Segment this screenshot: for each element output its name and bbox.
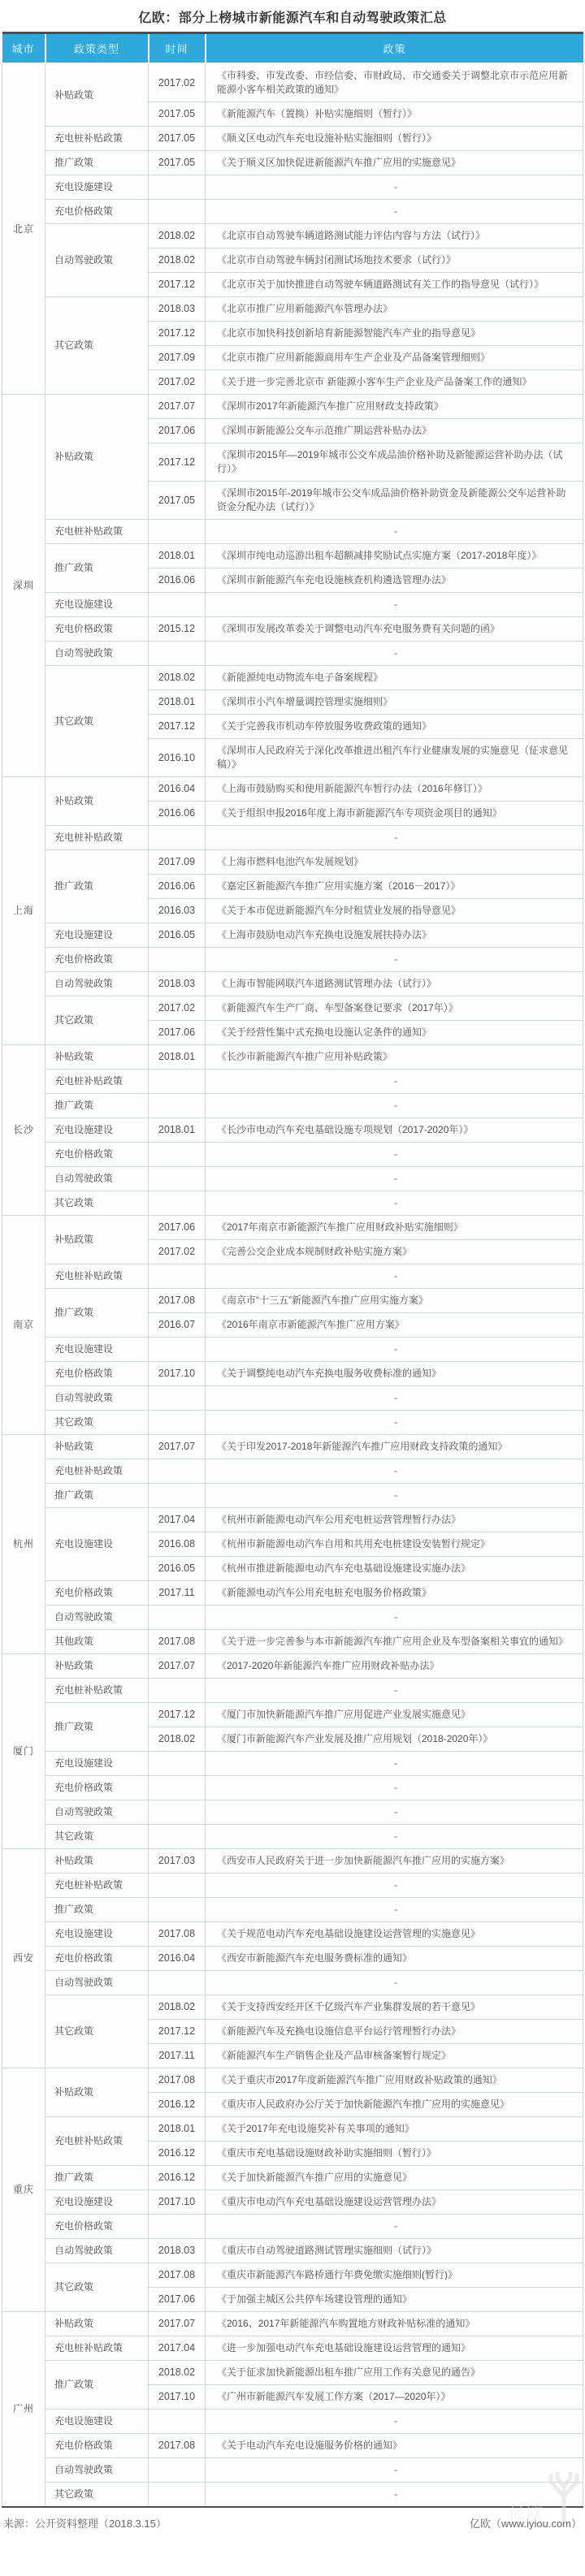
- date-cell: 2017.10: [149, 2385, 206, 2410]
- policy-type-cell: 充电设施建设: [45, 923, 149, 948]
- policy-cell: -: [206, 1484, 583, 1508]
- policy-cell: 《厦门市新能源汽车产业发展及推广应用规划（2018-2020年）》: [206, 1727, 583, 1752]
- policy-cell: 《关于本市促进新能源汽车分时租赁业发展的指导意见》: [206, 899, 583, 923]
- date-cell: 2017.06: [149, 419, 206, 443]
- date-cell: [149, 175, 206, 200]
- date-cell: 2017.04: [149, 2336, 206, 2361]
- policy-cell: 《深圳市小汽车增量调控管理实施细则》: [206, 690, 583, 715]
- date-cell: 2018.02: [149, 1727, 206, 1752]
- table-row: 其它政策2018.02《新能源纯电动物流车电子备案规程》: [2, 666, 583, 690]
- date-cell: [149, 1411, 206, 1435]
- date-cell: [149, 2458, 206, 2483]
- policy-cell: 《新能源纯电动物流车电子备案规程》: [206, 666, 583, 690]
- policy-cell: 《深圳市新能源公交车示范推广期运营补贴办法》: [206, 419, 583, 443]
- table-row: 南京补贴政策2017.06《2017年南京市新能源汽车推广应用财政补贴实施细则》: [2, 1216, 583, 1240]
- table-row: 充电设施建设-: [2, 1752, 583, 1776]
- policy-type-cell: 推广政策: [45, 2361, 149, 2410]
- table-row: 充电桩补贴政策2018.01《关于2017年充电设施奖补有关事项的通知》: [2, 2117, 583, 2142]
- date-cell: 2017.10: [149, 1362, 206, 1386]
- policy-type-cell: 自动驾驶政策: [45, 2458, 149, 2483]
- date-cell: [149, 2483, 206, 2508]
- policy-cell: 《西安市人民政府关于进一步加快新能源汽车推广应用的实施方案》: [206, 1849, 583, 1874]
- policy-cell: 《关于重庆市2017年度新能源汽车推广应用财政补贴政策的通知》: [206, 2068, 583, 2093]
- table-row: 自动驾驶政策2018.03《上海市智能网联汽车道路测试管理办法（试行）》: [2, 972, 583, 996]
- policy-cell: 《北京市推广应用新能源汽车管理办法》: [206, 297, 583, 322]
- policy-cell: 《上海市智能网联汽车道路测试管理办法（试行）》: [206, 972, 583, 996]
- policy-cell: 《上海市燃料电池汽车发展规划》: [206, 850, 583, 875]
- policy-cell: 《深圳市发展改革委关于调整电动汽车充电服务费有关问题的函》: [206, 617, 583, 642]
- policy-type-cell: 充电价格政策: [45, 2215, 149, 2239]
- table-row: 推广政策-: [2, 1484, 583, 1508]
- table-row: 充电价格政策-: [2, 948, 583, 972]
- policy-cell: 《深圳市2015年—2019年城市公交车成品油价格补助及新能源运营补助办法（试行…: [206, 443, 583, 482]
- policy-cell: 《关于进一步完善参与本市新能源汽车推广应用企业及车型备案相关事宜的通知》: [206, 1630, 583, 1654]
- date-cell: 2017.05: [149, 102, 206, 127]
- date-cell: [149, 1606, 206, 1630]
- date-cell: 2017.05: [149, 482, 206, 520]
- policy-cell: 《2016年南京市新能源汽车推广应用方案》: [206, 1313, 583, 1338]
- policy-cell: 《长沙市电动汽车充电基础设施专项规划（2017-2020年）》: [206, 1118, 583, 1143]
- city-cell: 北京: [2, 63, 45, 395]
- date-cell: 2017.04: [149, 1508, 206, 1532]
- date-cell: 2018.02: [149, 249, 206, 273]
- infographic-page: 亿欧：部分上榜城市新能源汽车和自动驾驶政策汇总 城市 政策类型 时间 政策 北京…: [0, 0, 585, 2537]
- date-cell: 2017.06: [149, 1021, 206, 1045]
- table-row: 自动驾驶政策-: [2, 1606, 583, 1630]
- date-cell: [149, 200, 206, 224]
- policy-cell: -: [206, 175, 583, 200]
- date-cell: [149, 1898, 206, 1922]
- table-row: 西安补贴政策2017.03《西安市人民政府关于进一步加快新能源汽车推广应用的实施…: [2, 1849, 583, 1874]
- policy-cell: -: [206, 1143, 583, 1167]
- policy-cell: -: [206, 1898, 583, 1922]
- date-cell: 2016.06: [149, 875, 206, 899]
- table-row: 推广政策2018.01《深圳市纯电动巡游出租车超额减排奖励试点实施方案（2017…: [2, 544, 583, 568]
- policy-type-cell: 充电价格政策: [45, 200, 149, 224]
- policy-cell: -: [206, 1338, 583, 1362]
- table-row: 充电桩补贴政策-: [2, 520, 583, 544]
- date-cell: 2017.08: [149, 1289, 206, 1313]
- date-cell: 2017.06: [149, 2288, 206, 2312]
- policy-type-cell: 充电桩补贴政策: [45, 520, 149, 544]
- table-row: 充电设施建设-: [2, 593, 583, 617]
- policy-type-cell: 充电桩补贴政策: [45, 1264, 149, 1289]
- table-row: 充电桩补贴政策-: [2, 1874, 583, 1898]
- policy-type-cell: 补贴政策: [45, 1849, 149, 1874]
- policy-type-cell: 其它政策: [45, 1191, 149, 1216]
- policy-type-cell: 充电价格政策: [45, 1362, 149, 1386]
- table-row: 充电设施建设-: [2, 2410, 583, 2434]
- table-row: 充电价格政策-: [2, 1776, 583, 1800]
- table-row: 充电桩补贴政策2017.05《顺义区电动汽车充电设施补贴实施细则（暂行）》: [2, 127, 583, 151]
- policy-type-cell: 补贴政策: [45, 1045, 149, 1070]
- date-cell: 2018.02: [149, 666, 206, 690]
- table-row: 自动驾驶政策2018.02《北京市自动驾驶车辆道路测试能力评估内容与方法（试行）…: [2, 224, 583, 249]
- table-row: 其它政策-: [2, 1411, 583, 1435]
- table-row: 其它政策-: [2, 1191, 583, 1216]
- table-row: 其他政策2017.08《关于进一步完善参与本市新能源汽车推广应用企业及车型备案相…: [2, 1630, 583, 1654]
- policy-type-cell: 充电设施建设: [45, 2410, 149, 2434]
- date-cell: 2016.10: [149, 739, 206, 777]
- source-note: 来源：公开资料整理（2018.3.15）: [3, 2515, 167, 2531]
- policy-type-cell: 补贴政策: [45, 1654, 149, 1679]
- date-cell: 2017.02: [149, 63, 206, 102]
- column-header-policy: 政策: [206, 33, 583, 64]
- policy-type-cell: 推广政策: [45, 151, 149, 175]
- policy-type-cell: 充电价格政策: [45, 617, 149, 642]
- policy-type-cell: 推广政策: [45, 1094, 149, 1118]
- table-row: 推广政策2016.12《关于加快新能源汽车推广应用的实施意见》: [2, 2166, 583, 2190]
- table-row: 其它政策-: [2, 2483, 583, 2508]
- table-row: 自动驾驶政策-: [2, 642, 583, 666]
- date-cell: 2016.06: [149, 802, 206, 826]
- table-row: 推广政策2017.05《关于顺义区加快促进新能源汽车推广应用的实施意见》: [2, 151, 583, 175]
- policy-cell: -: [206, 1679, 583, 1703]
- policy-cell: 《2017-2020年新能源汽车推广应用财政补贴办法》: [206, 1654, 583, 1679]
- policy-cell: -: [206, 1167, 583, 1191]
- table-row: 充电桩补贴政策-: [2, 1459, 583, 1484]
- policy-type-cell: 补贴政策: [45, 2312, 149, 2336]
- policy-cell: -: [206, 593, 583, 617]
- policy-cell: 《市科委、市发改委、市经信委、市财政局、市交通委关于调整北京市示范应用新能源小客…: [206, 63, 583, 102]
- date-cell: 2016.04: [149, 777, 206, 802]
- policy-cell: -: [206, 642, 583, 666]
- policy-type-cell: 推广政策: [45, 544, 149, 593]
- date-cell: 2017.12: [149, 322, 206, 346]
- policy-type-cell: 充电桩补贴政策: [45, 826, 149, 850]
- date-cell: [149, 1338, 206, 1362]
- policy-type-cell: 补贴政策: [45, 395, 149, 520]
- date-cell: [149, 1484, 206, 1508]
- policy-type-cell: 充电设施建设: [45, 1752, 149, 1776]
- policy-type-cell: 充电桩补贴政策: [45, 1874, 149, 1898]
- date-cell: 2017.12: [149, 273, 206, 297]
- date-cell: [149, 593, 206, 617]
- policy-type-cell: 充电设施建设: [45, 1338, 149, 1362]
- table-row: 其它政策2017.08《重庆市新能源汽车路桥通行年费免缴实施细则(暂行)》: [2, 2263, 583, 2288]
- policy-cell: 《广州市新能源汽车发展工作方案（2017—2020年）》: [206, 2385, 583, 2410]
- policy-type-cell: 其它政策: [45, 1411, 149, 1435]
- date-cell: 2017.03: [149, 1849, 206, 1874]
- date-cell: 2017.07: [149, 2312, 206, 2336]
- policy-cell: 《关于印发2017-2018年新能源汽车推广应用财政支持政策的通知》: [206, 1435, 583, 1459]
- table-row: 广州补贴政策2017.07《2016、2017年新能源汽车购置地方财政补贴标准的…: [2, 2312, 583, 2336]
- policy-cell: 《2017年南京市新能源汽车推广应用财政补贴实施细则》: [206, 1216, 583, 1240]
- policy-type-cell: 充电价格政策: [45, 1581, 149, 1606]
- policy-cell: 《长沙市新能源汽车推广应用补贴政策》: [206, 1045, 583, 1070]
- table-row: 充电桩补贴政策2017.04《进一步加强电动汽车充电基础设施建设运营管理的通知》: [2, 2336, 583, 2361]
- city-cell: 厦门: [2, 1654, 45, 1849]
- date-cell: [149, 1167, 206, 1191]
- policy-type-cell: 推广政策: [45, 1898, 149, 1922]
- policy-type-cell: 自动驾驶政策: [45, 1167, 149, 1191]
- policy-cell: -: [206, 1264, 583, 1289]
- date-cell: 2017.05: [149, 151, 206, 175]
- date-cell: 2018.02: [149, 2361, 206, 2385]
- table-row: 充电设施建设-: [2, 175, 583, 200]
- policy-type-cell: 自动驾驶政策: [45, 1971, 149, 1995]
- table-row: 其它政策2018.02《关于支持西安经开区千亿级汽车产业集群发展的若干意见》: [2, 1995, 583, 2020]
- date-cell: [149, 520, 206, 544]
- table-row: 充电桩补贴政策-: [2, 1679, 583, 1703]
- date-cell: 2018.02: [149, 224, 206, 249]
- date-cell: 2018.03: [149, 972, 206, 996]
- policy-type-cell: 推广政策: [45, 1289, 149, 1338]
- policy-type-cell: 其它政策: [45, 996, 149, 1045]
- table-row: 充电价格政策2017.10《关于调整纯电动汽车充换电服务收费标准的通知》: [2, 1362, 583, 1386]
- policy-cell: 《关于完善我市机动车停放服务收费政策的通知》: [206, 715, 583, 739]
- date-cell: 2017.12: [149, 1703, 206, 1727]
- policy-type-cell: 推广政策: [45, 1703, 149, 1752]
- date-cell: 2016.06: [149, 568, 206, 593]
- policy-cell: 《关于组织申报2016年度上海市新能源汽车专项资金项目的通知》: [206, 802, 583, 826]
- date-cell: 2017.02: [149, 1240, 206, 1264]
- date-cell: [149, 1191, 206, 1216]
- table-row: 充电价格政策2017.08《关于电动汽车充电设施服务价格的通知》: [2, 2434, 583, 2458]
- date-cell: [149, 1094, 206, 1118]
- date-cell: [149, 1752, 206, 1776]
- date-cell: 2017.07: [149, 1435, 206, 1459]
- date-cell: 2018.02: [149, 1995, 206, 2020]
- date-cell: 2017.12: [149, 443, 206, 482]
- table-row: 推广政策-: [2, 1094, 583, 1118]
- policy-cell: 《重庆市人民政府办公厅关于加快新能源汽车推广应用的实施意见》: [206, 2093, 583, 2117]
- policy-type-cell: 补贴政策: [45, 1435, 149, 1459]
- policy-type-cell: 自动驾驶政策: [45, 1606, 149, 1630]
- date-cell: 2017.02: [149, 996, 206, 1021]
- policy-cell: 《厦门市加快新能源汽车推广应用促进产业发展实施意见》: [206, 1703, 583, 1727]
- policy-type-cell: 充电设施建设: [45, 2190, 149, 2215]
- date-cell: 2018.01: [149, 544, 206, 568]
- policy-cell: -: [206, 2215, 583, 2239]
- city-cell: 重庆: [2, 2068, 45, 2312]
- table-row: 充电桩补贴政策-: [2, 826, 583, 850]
- date-cell: 2018.01: [149, 1118, 206, 1143]
- date-cell: 2018.01: [149, 2117, 206, 2142]
- table-row: 推广政策2017.12《厦门市加快新能源汽车推广应用促进产业发展实施意见》: [2, 1703, 583, 1727]
- policy-cell: 《北京市推广应用新能源商用车生产企业及产品备案管理细则》: [206, 346, 583, 370]
- date-cell: 2016.03: [149, 899, 206, 923]
- policy-type-cell: 充电桩补贴政策: [45, 1459, 149, 1484]
- policy-cell: 《关于顺义区加快促进新能源汽车推广应用的实施意见》: [206, 151, 583, 175]
- policy-cell: 《顺义区电动汽车充电设施补贴实施细则（暂行）》: [206, 127, 583, 151]
- policy-cell: 《新能源汽车生产厂商、车型备案登记要求（2017年）》: [206, 996, 583, 1021]
- policy-type-cell: 充电价格政策: [45, 948, 149, 972]
- policy-type-cell: 充电桩补贴政策: [45, 1070, 149, 1094]
- policy-type-cell: 推广政策: [45, 1484, 149, 1508]
- page-title: 亿欧：部分上榜城市新能源汽车和自动驾驶政策汇总: [2, 0, 583, 32]
- date-cell: 2018.01: [149, 1045, 206, 1070]
- date-cell: [149, 642, 206, 666]
- date-cell: 2016.04: [149, 1947, 206, 1971]
- policy-cell: -: [206, 1752, 583, 1776]
- policy-type-cell: 充电设施建设: [45, 1508, 149, 1581]
- policy-type-cell: 自动驾驶政策: [45, 1386, 149, 1411]
- policy-cell: 《关于征求加快新能源出租车推广应用工作有关意见的通告》: [206, 2361, 583, 2385]
- policy-cell: -: [206, 1825, 583, 1849]
- table-row: 推广政策-: [2, 1898, 583, 1922]
- date-cell: [149, 826, 206, 850]
- date-cell: [149, 1386, 206, 1411]
- date-cell: 2016.12: [149, 2093, 206, 2117]
- date-cell: 2017.12: [149, 2020, 206, 2044]
- policy-type-cell: 充电价格政策: [45, 1947, 149, 1971]
- footer: 来源：公开资料整理（2018.3.15） 亿欧（www.iyiou.com）: [2, 2508, 583, 2537]
- policy-cell: 《深圳市新能源汽车充电设施核查机构遴选管理办法》: [206, 568, 583, 593]
- policy-type-cell: 其它政策: [45, 1825, 149, 1849]
- date-cell: [149, 1070, 206, 1094]
- table-row: 自动驾驶政策-: [2, 2458, 583, 2483]
- policy-cell: 《北京市自动驾驶车辆道路测试能力评估内容与方法（试行）》: [206, 224, 583, 249]
- policy-cell: 《关于调整纯电动汽车充换电服务收费标准的通知》: [206, 1362, 583, 1386]
- date-cell: [149, 2410, 206, 2434]
- table-row: 其它政策2017.02《新能源汽车生产厂商、车型备案登记要求（2017年）》: [2, 996, 583, 1021]
- table-row: 自动驾驶政策-: [2, 1167, 583, 1191]
- policy-cell: 《重庆市电动汽车充电基础设施建设运营管理办法》: [206, 2190, 583, 2215]
- policy-cell: 《关于2017年充电设施奖补有关事项的通知》: [206, 2117, 583, 2142]
- policy-cell: -: [206, 1776, 583, 1800]
- policy-type-cell: 充电价格政策: [45, 1776, 149, 1800]
- policy-type-cell: 其它政策: [45, 2483, 149, 2508]
- policy-cell: -: [206, 1094, 583, 1118]
- policy-cell: 《新能源汽车生产销售企业及产品审核备案暂行规定》: [206, 2044, 583, 2068]
- policy-type-cell: 自动驾驶政策: [45, 972, 149, 996]
- policy-type-cell: 充电设施建设: [45, 1922, 149, 1947]
- policy-cell: 《深圳市纯电动巡游出租车超额减排奖励试点实施方案（2017-2018年度）》: [206, 544, 583, 568]
- date-cell: 2017.11: [149, 2044, 206, 2068]
- policy-cell: 《上海市鼓励电动汽车充换电设施发展扶持办法》: [206, 923, 583, 948]
- policy-cell: 《嘉定区新能源汽车推广应用实施方案（2016－2017）》: [206, 875, 583, 899]
- table-row: 推广政策2017.08《南京市“十三五”新能源汽车推广应用实施方案》: [2, 1289, 583, 1313]
- policy-cell: 《西安市新能源汽车充电服务费标准的通知》: [206, 1947, 583, 1971]
- policy-type-cell: 其它政策: [45, 2263, 149, 2312]
- city-cell: 西安: [2, 1849, 45, 2068]
- policy-cell: 《关于电动汽车充电设施服务价格的通知》: [206, 2434, 583, 2458]
- table-row: 充电设施建设2017.04《杭州市新能源电动汽车公用充电桩运营管理暂行办法》: [2, 1508, 583, 1532]
- policy-type-cell: 充电价格政策: [45, 1143, 149, 1167]
- table-row: 充电价格政策-: [2, 1143, 583, 1167]
- city-cell: 长沙: [2, 1045, 45, 1216]
- policy-cell: 《重庆市充电基础设施财政补助实施细则（暂行）》: [206, 2142, 583, 2166]
- city-cell: 广州: [2, 2312, 45, 2508]
- table-row: 北京补贴政策2017.02《市科委、市发改委、市经信委、市财政局、市交通委关于调…: [2, 63, 583, 102]
- policy-cell: 《南京市“十三五”新能源汽车推广应用实施方案》: [206, 1289, 583, 1313]
- policy-type-cell: 充电价格政策: [45, 2434, 149, 2458]
- policy-cell: -: [206, 1874, 583, 1898]
- date-cell: 2017.08: [149, 1922, 206, 1947]
- date-cell: [149, 1800, 206, 1825]
- policy-cell: 《新能源汽车（置换）补贴实施细则（暂行）》: [206, 102, 583, 127]
- table-row: 自动驾驶政策-: [2, 1971, 583, 1995]
- policy-cell: -: [206, 1800, 583, 1825]
- policy-cell: 《深圳市2017年新能源汽车推广应用财政支持政策》: [206, 395, 583, 419]
- policy-cell: 《新能源电动汽车公用充电桩充电服务价格政策》: [206, 1581, 583, 1606]
- table-row: 杭州补贴政策2017.07《关于印发2017-2018年新能源汽车推广应用财政支…: [2, 1435, 583, 1459]
- policy-cell: 《于加强主城区公共停车场建设管理的通知》: [206, 2288, 583, 2312]
- policy-cell: 《杭州市新能源电动汽车自用和共用充电桩建设安装暂行规定》: [206, 1532, 583, 1557]
- policy-cell: 《关于规范电动汽车充电基础设施建设运营管理的实施意见》: [206, 1922, 583, 1947]
- policy-type-cell: 充电设施建设: [45, 175, 149, 200]
- policy-cell: 《上海市鼓励购买和使用新能源汽车暂行办法（2016年修订）》: [206, 777, 583, 802]
- policy-cell: 《北京市加快科技创新培育新能源智能汽车产业的指导意见》: [206, 322, 583, 346]
- policy-cell: 《深圳市人民政府关于深化改革推进出租汽车行业健康发展的实施意见（征求意见稿）》: [206, 739, 583, 777]
- table-row: 推广政策2017.09《上海市燃料电池汽车发展规划》: [2, 850, 583, 875]
- policy-type-cell: 其他政策: [45, 1630, 149, 1654]
- date-cell: 2017.08: [149, 2434, 206, 2458]
- date-cell: [149, 1874, 206, 1898]
- city-cell: 上海: [2, 777, 45, 1045]
- policy-cell: -: [206, 1971, 583, 1995]
- policy-cell: -: [206, 948, 583, 972]
- table-row: 自动驾驶政策-: [2, 1386, 583, 1411]
- policy-type-cell: 补贴政策: [45, 777, 149, 826]
- date-cell: 2017.10: [149, 2190, 206, 2215]
- date-cell: 2016.08: [149, 1532, 206, 1557]
- policy-type-cell: 充电设施建设: [45, 1118, 149, 1143]
- policy-type-cell: 充电桩补贴政策: [45, 127, 149, 151]
- table-row: 充电价格政策2016.04《西安市新能源汽车充电服务费标准的通知》: [2, 1947, 583, 1971]
- date-cell: 2016.05: [149, 1557, 206, 1581]
- policy-cell: -: [206, 1070, 583, 1094]
- policy-cell: 《关于加快新能源汽车推广应用的实施意见》: [206, 2166, 583, 2190]
- date-cell: [149, 1264, 206, 1289]
- policy-cell: -: [206, 2483, 583, 2508]
- table-row: 其它政策-: [2, 1825, 583, 1849]
- date-cell: 2017.06: [149, 1216, 206, 1240]
- table-body: 北京补贴政策2017.02《市科委、市发改委、市经信委、市财政局、市交通委关于调…: [2, 63, 583, 2507]
- policy-type-cell: 自动驾驶政策: [45, 642, 149, 666]
- table-row: 重庆补贴政策2017.08《关于重庆市2017年度新能源汽车推广应用财政补贴政策…: [2, 2068, 583, 2093]
- table-row: 充电设施建设2016.05《上海市鼓励电动汽车充换电设施发展扶持办法》: [2, 923, 583, 948]
- column-header-city: 城市: [2, 33, 45, 64]
- city-cell: 南京: [2, 1216, 45, 1435]
- date-cell: 2017.11: [149, 1581, 206, 1606]
- policy-type-cell: 其它政策: [45, 666, 149, 777]
- policy-cell: -: [206, 1386, 583, 1411]
- table-header-row: 城市 政策类型 时间 政策: [2, 33, 583, 64]
- date-cell: 2017.12: [149, 715, 206, 739]
- date-cell: 2016.07: [149, 1313, 206, 1338]
- date-cell: 2017.07: [149, 1654, 206, 1679]
- date-cell: 2017.07: [149, 395, 206, 419]
- policy-type-cell: 补贴政策: [45, 2068, 149, 2117]
- policy-type-cell: 其它政策: [45, 1995, 149, 2068]
- policy-type-cell: 补贴政策: [45, 63, 149, 127]
- policy-cell: 《完善公交企业成本规制财政补贴实施方案》: [206, 1240, 583, 1264]
- policy-cell: 《深圳市2015年-2019年城市公交车成品油价格补助资金及新能源公交车运营补助…: [206, 482, 583, 520]
- policy-table: 城市 政策类型 时间 政策 北京补贴政策2017.02《市科委、市发改委、市经信…: [2, 32, 583, 2508]
- column-header-date: 时间: [149, 33, 206, 64]
- table-row: 长沙补贴政策2018.01《长沙市新能源汽车推广应用补贴政策》: [2, 1045, 583, 1070]
- table-row: 自动驾驶政策-: [2, 1800, 583, 1825]
- table-row: 充电价格政策-: [2, 200, 583, 224]
- policy-cell: 《进一步加强电动汽车充电基础设施建设运营管理的通知》: [206, 2336, 583, 2361]
- date-cell: 2015.12: [149, 617, 206, 642]
- policy-type-cell: 自动驾驶政策: [45, 2239, 149, 2263]
- policy-cell: -: [206, 1606, 583, 1630]
- policy-cell: -: [206, 2458, 583, 2483]
- table-row: 充电设施建设2017.10《重庆市电动汽车充电基础设施建设运营管理办法》: [2, 2190, 583, 2215]
- date-cell: [149, 1825, 206, 1849]
- date-cell: [149, 1679, 206, 1703]
- policy-type-cell: 其它政策: [45, 297, 149, 395]
- policy-cell: 《关于进一步完善北京市 新能源小客车生产企业及产品备案工作的通知》: [206, 370, 583, 395]
- policy-type-cell: 充电桩补贴政策: [45, 2336, 149, 2361]
- table-row: 充电价格政策2015.12《深圳市发展改革委关于调整电动汽车充电服务费有关问题的…: [2, 617, 583, 642]
- policy-cell: 《关于经营性集中式充换电设施认定条件的通知》: [206, 1021, 583, 1045]
- table-row: 充电价格政策-: [2, 2215, 583, 2239]
- policy-cell: 《2016、2017年新能源汽车购置地方财政补贴标准的通知》: [206, 2312, 583, 2336]
